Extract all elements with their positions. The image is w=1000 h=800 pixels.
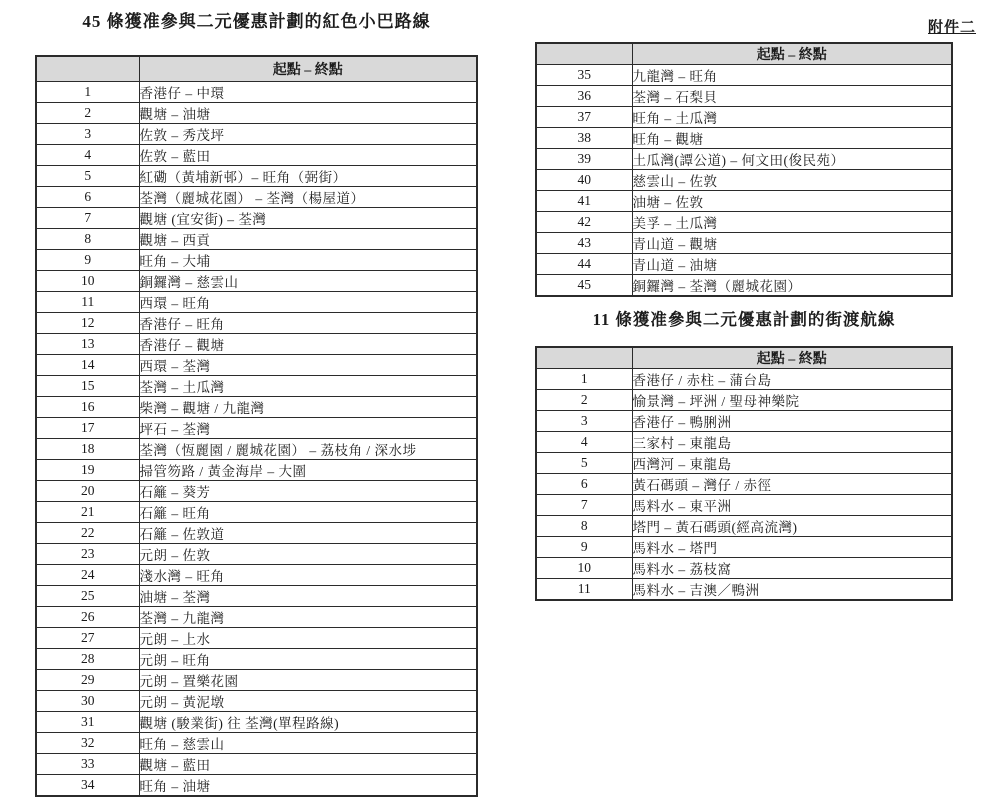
route-number: 10 <box>36 270 139 291</box>
route-number: 9 <box>36 249 139 270</box>
route-endpoints: 愉景灣 – 坪洲 / 聖母神樂院 <box>632 390 952 411</box>
table-row: 22石籬 – 佐敦道 <box>36 522 477 543</box>
route-endpoints: 油塘 – 佐敦 <box>632 191 952 212</box>
route-endpoints: 馬料水 – 荔枝窩 <box>632 558 952 579</box>
route-endpoints: 掃管笏路 / 黃金海岸 – 大圍 <box>139 459 477 480</box>
table-row: 34旺角 – 油塘 <box>36 774 477 796</box>
route-number: 13 <box>36 333 139 354</box>
table-row: 4三家村 – 東龍島 <box>536 432 952 453</box>
route-endpoints: 荃灣（麗城花園） – 荃灣（楊屋道） <box>139 186 477 207</box>
route-endpoints: 觀塘 – 藍田 <box>139 753 477 774</box>
route-endpoints: 旺角 – 慈雲山 <box>139 732 477 753</box>
route-endpoints: 荃灣 – 土瓜灣 <box>139 375 477 396</box>
table-row: 7觀塘 (宜安街) – 荃灣 <box>36 207 477 228</box>
table-row: 33觀塘 – 藍田 <box>36 753 477 774</box>
table-row: 26荃灣 – 九龍灣 <box>36 606 477 627</box>
header-origin-destination: 起點 – 終點 <box>632 43 952 65</box>
minibus-table-right: 起點 – 終點35九龍灣 – 旺角36荃灣 – 石梨貝37旺角 – 土瓜灣38旺… <box>535 42 953 297</box>
table-row: 21石籬 – 旺角 <box>36 501 477 522</box>
route-endpoints: 石籬 – 旺角 <box>139 501 477 522</box>
table-row: 37旺角 – 土瓜灣 <box>536 107 952 128</box>
table-row: 3香港仔 – 鴨脷洲 <box>536 411 952 432</box>
route-endpoints: 觀塘 (駿業街) 往 荃灣(單程路線) <box>139 711 477 732</box>
table-row: 10銅鑼灣 – 慈雲山 <box>36 270 477 291</box>
route-number: 1 <box>36 81 139 102</box>
table-row: 17坪石 – 荃灣 <box>36 417 477 438</box>
route-number: 41 <box>536 191 632 212</box>
route-number: 36 <box>536 86 632 107</box>
header-number-cell <box>536 43 632 65</box>
route-endpoints: 香港仔 – 觀塘 <box>139 333 477 354</box>
route-number: 6 <box>536 474 632 495</box>
header-origin-destination: 起點 – 終點 <box>139 56 477 81</box>
route-endpoints: 慈雲山 – 佐敦 <box>632 170 952 191</box>
route-number: 26 <box>36 606 139 627</box>
route-number: 15 <box>36 375 139 396</box>
route-number: 5 <box>536 453 632 474</box>
table-row: 30元朗 – 黃泥墩 <box>36 690 477 711</box>
table-header-row: 起點 – 終點 <box>536 43 952 65</box>
document-page: 45 條獲准參與二元優惠計劃的紅色小巴路線 附件二 起點 – 終點1香港仔 – … <box>0 0 1000 800</box>
table-row: 42美孚 – 土瓜灣 <box>536 212 952 233</box>
route-endpoints: 香港仔 – 中環 <box>139 81 477 102</box>
table-header-row: 起點 – 終點 <box>36 56 477 81</box>
route-number: 44 <box>536 254 632 275</box>
route-number: 8 <box>36 228 139 249</box>
route-endpoints: 銅鑼灣 – 荃灣（麗城花園） <box>632 275 952 297</box>
route-number: 19 <box>36 459 139 480</box>
appendix-label: 附件二 <box>928 16 976 37</box>
table-row: 29元朗 – 置樂花園 <box>36 669 477 690</box>
table-row: 28元朗 – 旺角 <box>36 648 477 669</box>
route-number: 12 <box>36 312 139 333</box>
table-row: 2觀塘 – 油塘 <box>36 102 477 123</box>
route-endpoints: 馬料水 – 塔門 <box>632 537 952 558</box>
table-row: 4佐敦 – 藍田 <box>36 144 477 165</box>
header-number-cell <box>36 56 139 81</box>
table-row: 8塔門 – 黃石碼頭(經高流灣) <box>536 516 952 537</box>
route-endpoints: 佐敦 – 秀茂坪 <box>139 123 477 144</box>
table-row: 11馬料水 – 吉澳／鴨洲 <box>536 579 952 601</box>
route-number: 45 <box>536 275 632 297</box>
table-row: 36荃灣 – 石梨貝 <box>536 86 952 107</box>
route-number: 14 <box>36 354 139 375</box>
route-number: 1 <box>536 369 632 390</box>
table-row: 3佐敦 – 秀茂坪 <box>36 123 477 144</box>
route-number: 40 <box>536 170 632 191</box>
route-number: 35 <box>536 65 632 86</box>
table-row: 24淺水灣 – 旺角 <box>36 564 477 585</box>
route-number: 4 <box>36 144 139 165</box>
route-number: 22 <box>36 522 139 543</box>
route-endpoints: 元朗 – 上水 <box>139 627 477 648</box>
route-number: 3 <box>36 123 139 144</box>
route-endpoints: 旺角 – 大埔 <box>139 249 477 270</box>
table-row: 31觀塘 (駿業街) 往 荃灣(單程路線) <box>36 711 477 732</box>
route-number: 30 <box>36 690 139 711</box>
table-row: 9馬料水 – 塔門 <box>536 537 952 558</box>
route-number: 27 <box>36 627 139 648</box>
table-row: 5紅磡（黃埔新邨）– 旺角（弼街） <box>36 165 477 186</box>
route-endpoints: 觀塘 – 油塘 <box>139 102 477 123</box>
route-number: 2 <box>536 390 632 411</box>
table-row: 13香港仔 – 觀塘 <box>36 333 477 354</box>
table-row: 43青山道 – 觀塘 <box>536 233 952 254</box>
route-number: 10 <box>536 558 632 579</box>
route-endpoints: 馬料水 – 吉澳／鴨洲 <box>632 579 952 601</box>
route-number: 31 <box>36 711 139 732</box>
table-row: 15荃灣 – 土瓜灣 <box>36 375 477 396</box>
minibus-table-left: 起點 – 終點1香港仔 – 中環2觀塘 – 油塘3佐敦 – 秀茂坪4佐敦 – 藍… <box>35 55 478 797</box>
table-row: 23元朗 – 佐敦 <box>36 543 477 564</box>
route-endpoints: 香港仔 – 旺角 <box>139 312 477 333</box>
minibus-section-title: 45 條獲准參與二元優惠計劃的紅色小巴路線 <box>35 7 478 32</box>
route-number: 11 <box>36 291 139 312</box>
table-row: 1香港仔 – 中環 <box>36 81 477 102</box>
route-endpoints: 西灣河 – 東龍島 <box>632 453 952 474</box>
route-endpoints: 青山道 – 油塘 <box>632 254 952 275</box>
route-endpoints: 旺角 – 油塘 <box>139 774 477 796</box>
route-number: 32 <box>36 732 139 753</box>
route-number: 33 <box>36 753 139 774</box>
route-endpoints: 觀塘 (宜安街) – 荃灣 <box>139 207 477 228</box>
route-endpoints: 觀塘 – 西貢 <box>139 228 477 249</box>
table-row: 44青山道 – 油塘 <box>536 254 952 275</box>
route-endpoints: 青山道 – 觀塘 <box>632 233 952 254</box>
table-row: 9旺角 – 大埔 <box>36 249 477 270</box>
table-row: 45銅鑼灣 – 荃灣（麗城花園） <box>536 275 952 297</box>
ferry-section-title: 11 條獲准參與二元優惠計劃的街渡航線 <box>535 306 953 330</box>
route-endpoints: 油塘 – 荃灣 <box>139 585 477 606</box>
table-row: 38旺角 – 觀塘 <box>536 128 952 149</box>
table-row: 1香港仔 / 赤柱 – 蒲台島 <box>536 369 952 390</box>
route-endpoints: 黃石碼頭 – 灣仔 / 赤徑 <box>632 474 952 495</box>
table-row: 2愉景灣 – 坪洲 / 聖母神樂院 <box>536 390 952 411</box>
route-endpoints: 馬料水 – 東平洲 <box>632 495 952 516</box>
route-endpoints: 佐敦 – 藍田 <box>139 144 477 165</box>
minibus-routes-table-1-34: 起點 – 終點1香港仔 – 中環2觀塘 – 油塘3佐敦 – 秀茂坪4佐敦 – 藍… <box>35 55 478 797</box>
header-number-cell <box>536 347 632 369</box>
header-origin-destination: 起點 – 終點 <box>632 347 952 369</box>
route-endpoints: 旺角 – 觀塘 <box>632 128 952 149</box>
route-endpoints: 銅鑼灣 – 慈雲山 <box>139 270 477 291</box>
table-row: 10馬料水 – 荔枝窩 <box>536 558 952 579</box>
ferry-routes-table: 起點 – 終點1香港仔 / 赤柱 – 蒲台島2愉景灣 – 坪洲 / 聖母神樂院3… <box>535 346 953 601</box>
route-number: 28 <box>36 648 139 669</box>
table-row: 14西環 – 荃灣 <box>36 354 477 375</box>
route-endpoints: 西環 – 荃灣 <box>139 354 477 375</box>
route-number: 29 <box>36 669 139 690</box>
route-number: 34 <box>36 774 139 796</box>
table-row: 18荃灣（恆麗園 / 麗城花園） – 荔枝角 / 深水埗 <box>36 438 477 459</box>
route-number: 7 <box>536 495 632 516</box>
table-header-row: 起點 – 終點 <box>536 347 952 369</box>
route-number: 17 <box>36 417 139 438</box>
route-endpoints: 九龍灣 – 旺角 <box>632 65 952 86</box>
route-endpoints: 元朗 – 黃泥墩 <box>139 690 477 711</box>
table-row: 6黃石碼頭 – 灣仔 / 赤徑 <box>536 474 952 495</box>
route-number: 11 <box>536 579 632 601</box>
table-row: 12香港仔 – 旺角 <box>36 312 477 333</box>
route-number: 3 <box>536 411 632 432</box>
route-endpoints: 美孚 – 土瓜灣 <box>632 212 952 233</box>
route-endpoints: 元朗 – 置樂花園 <box>139 669 477 690</box>
route-endpoints: 元朗 – 旺角 <box>139 648 477 669</box>
route-number: 24 <box>36 564 139 585</box>
route-number: 21 <box>36 501 139 522</box>
route-number: 8 <box>536 516 632 537</box>
table-row: 5西灣河 – 東龍島 <box>536 453 952 474</box>
table-row: 41油塘 – 佐敦 <box>536 191 952 212</box>
route-endpoints: 石籬 – 佐敦道 <box>139 522 477 543</box>
route-number: 7 <box>36 207 139 228</box>
table-row: 7馬料水 – 東平洲 <box>536 495 952 516</box>
table-row: 32旺角 – 慈雲山 <box>36 732 477 753</box>
route-endpoints: 石籬 – 葵芳 <box>139 480 477 501</box>
table-row: 19掃管笏路 / 黃金海岸 – 大圍 <box>36 459 477 480</box>
route-number: 25 <box>36 585 139 606</box>
route-number: 39 <box>536 149 632 170</box>
route-endpoints: 元朗 – 佐敦 <box>139 543 477 564</box>
route-endpoints: 土瓜灣(譚公道) – 何文田(俊民苑） <box>632 149 952 170</box>
route-number: 23 <box>36 543 139 564</box>
route-number: 20 <box>36 480 139 501</box>
route-number: 37 <box>536 107 632 128</box>
table-row: 25油塘 – 荃灣 <box>36 585 477 606</box>
minibus-routes-table-35-45: 起點 – 終點35九龍灣 – 旺角36荃灣 – 石梨貝37旺角 – 土瓜灣38旺… <box>535 42 953 297</box>
route-number: 5 <box>36 165 139 186</box>
route-endpoints: 三家村 – 東龍島 <box>632 432 952 453</box>
route-endpoints: 坪石 – 荃灣 <box>139 417 477 438</box>
route-endpoints: 荃灣 – 九龍灣 <box>139 606 477 627</box>
table-row: 8觀塘 – 西貢 <box>36 228 477 249</box>
route-endpoints: 荃灣 – 石梨貝 <box>632 86 952 107</box>
table-row: 16柴灣 – 觀塘 / 九龍灣 <box>36 396 477 417</box>
route-number: 42 <box>536 212 632 233</box>
table-row: 11西環 – 旺角 <box>36 291 477 312</box>
route-endpoints: 香港仔 / 赤柱 – 蒲台島 <box>632 369 952 390</box>
table-row: 35九龍灣 – 旺角 <box>536 65 952 86</box>
route-number: 38 <box>536 128 632 149</box>
route-number: 2 <box>36 102 139 123</box>
route-endpoints: 柴灣 – 觀塘 / 九龍灣 <box>139 396 477 417</box>
route-endpoints: 荃灣（恆麗園 / 麗城花園） – 荔枝角 / 深水埗 <box>139 438 477 459</box>
table-row: 27元朗 – 上水 <box>36 627 477 648</box>
route-number: 6 <box>36 186 139 207</box>
route-endpoints: 淺水灣 – 旺角 <box>139 564 477 585</box>
route-endpoints: 香港仔 – 鴨脷洲 <box>632 411 952 432</box>
route-number: 16 <box>36 396 139 417</box>
route-endpoints: 紅磡（黃埔新邨）– 旺角（弼街） <box>139 165 477 186</box>
route-number: 9 <box>536 537 632 558</box>
table-row: 39土瓜灣(譚公道) – 何文田(俊民苑） <box>536 149 952 170</box>
route-number: 4 <box>536 432 632 453</box>
table-row: 6荃灣（麗城花園） – 荃灣（楊屋道） <box>36 186 477 207</box>
route-endpoints: 西環 – 旺角 <box>139 291 477 312</box>
table-row: 20石籬 – 葵芳 <box>36 480 477 501</box>
route-number: 43 <box>536 233 632 254</box>
route-endpoints: 塔門 – 黃石碼頭(經高流灣) <box>632 516 952 537</box>
ferry-table: 起點 – 終點1香港仔 / 赤柱 – 蒲台島2愉景灣 – 坪洲 / 聖母神樂院3… <box>535 346 953 601</box>
route-number: 18 <box>36 438 139 459</box>
route-endpoints: 旺角 – 土瓜灣 <box>632 107 952 128</box>
table-row: 40慈雲山 – 佐敦 <box>536 170 952 191</box>
